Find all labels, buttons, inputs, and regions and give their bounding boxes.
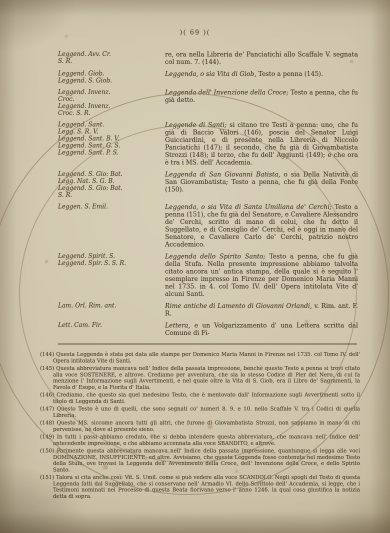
entry-title: Leggenda, o sia Vita di Santa Umiliana d… (165, 203, 332, 211)
footnote: (147) Questo Testo è uno di quelli, che … (40, 406, 360, 419)
entry-row: Leggend. Giob. Leggend. S. Giob. Leggend… (58, 70, 358, 84)
entry-row: Leggen. S. Emil. Leggenda, o sia Vita di… (58, 203, 358, 248)
footnote-divider (58, 344, 357, 345)
entry-abbreviation: Leggend. S. Gio: Bat. Legg. Nat. S. G. B… (58, 171, 153, 199)
entry-text: Lettera, e un Volgarizzamento d' una Let… (165, 322, 358, 337)
entry-text: Leggenda, o sia Vita di Santa Umiliana d… (165, 203, 358, 248)
entry-body: Testo a penna (151), che fu già del Sena… (165, 203, 358, 248)
footnote: (144) Questa Leggenda è stata poi data a… (40, 352, 360, 365)
entry-abbreviation: Leggend. Spirit. S. Leggend. Spir. S. S.… (58, 253, 153, 298)
entry-text: Leggenda dello Spirito Santo; Testo a pe… (165, 253, 358, 298)
entry-row: Leggend. Avv. Cr. S. R. re, ora nella Li… (58, 51, 358, 66)
entry-body: e un Volgarizzamento d' una Lettera scri… (165, 322, 358, 337)
entry-title: Leggenda dello Spirito Santo; (165, 253, 265, 261)
scan-scale-wrapper: )( 69 )( Leggend. Avv. Cr. S. R. re, ora… (0, 0, 390, 533)
footnote: (146) Crediamo, che questo sia quel mede… (40, 392, 360, 405)
entry-title: Leggenda di San Giovanni Batista, (165, 171, 280, 179)
entry-title: Leggende di Santi; (165, 121, 227, 129)
entry-body: re, ora nella Libreria de' Panciatichi a… (165, 51, 358, 66)
entry-abbreviation: Lett. Cam. Fir. (58, 322, 153, 337)
entry-row: Leggend. Spirit. S. Leggend. Spir. S. S.… (58, 253, 358, 298)
entry-abbreviation: Leggend. Giob. Leggend. S. Giob. (58, 70, 153, 84)
entry-body: si citano tre Testi a penna: uno, che fu… (165, 121, 358, 166)
book-page: )( 69 )( Leggend. Avv. Cr. S. R. re, ora… (0, 0, 390, 533)
entry-body: Testo a penna, che fu già della Stufa. N… (165, 253, 358, 298)
entry-text: Leggenda dell' Invenzione della Croce; T… (165, 89, 358, 117)
entry-row: Leggend. Invenz. Croc. Leggend. Invenz. … (58, 89, 358, 117)
footnote-text: Questa abbreviatura mancava nell' Indice… (53, 366, 360, 391)
footnote-text: Talora si cita anche così: Vit. S. Umil.… (53, 475, 360, 500)
entry-text: Leggenda, o sia Vita di Giob, Testo a pe… (165, 70, 358, 84)
footnote-text: Questo Testo è uno di quelli, che sono s… (53, 406, 360, 418)
entry-text: re, ora nella Libreria de' Panciatichi a… (165, 51, 358, 66)
entry-title: Leggenda, o sia Vita di Giob, (165, 70, 256, 78)
entry-row: Lett. Cam. Fir. Lettera, e un Volgarizza… (58, 322, 358, 337)
footnote: (150) Parimente questa abbreviatura manc… (40, 448, 360, 473)
footnote-number: (147) (40, 406, 54, 412)
entry-row: Lam. Orl. Rim. ant. Rime antiche di Lame… (58, 302, 358, 317)
entry-title: Lettera, (165, 322, 190, 330)
entry-text: Rime antiche di Lamento di Giovanni Orla… (165, 302, 358, 317)
footnote-number: (151) (40, 475, 54, 481)
footnote: (151) Talora si cita anche così: Vit. S.… (40, 475, 360, 500)
entry-row: Leggend. S. Gio: Bat. Legg. Nat. S. G. B… (58, 171, 358, 199)
entry-title: Leggenda dell' Invenzione della Croce; (165, 89, 288, 97)
footnote-number: (150) (40, 448, 54, 454)
entries-list: Leggend. Avv. Cr. S. R. re, ora nella Li… (0, 51, 390, 337)
footnote-text: Crediamo, che questo sia quel medesimo T… (53, 392, 360, 404)
footnote-number: (146) (40, 392, 54, 398)
entry-abbreviation: Lam. Orl. Rim. ant. (58, 302, 153, 317)
footnotes-list: (144) Questa Leggenda è stata poi data a… (0, 352, 390, 500)
entry-abbreviation: Leggen. S. Emil. (58, 203, 153, 248)
entry-body: Testo a penna (145). (256, 70, 323, 78)
footnote: (149) In tutti i passi abbiamo creduto, … (40, 434, 360, 447)
entry-text: Leggende di Santi; si citano tre Testi a… (165, 121, 358, 166)
entry-abbreviation: Leggend. Avv. Cr. S. R. (58, 51, 153, 66)
footnote: (145) Questa abbreviatura mancava nell' … (40, 366, 360, 391)
entry-title: Rime antiche di Lamento di Giovanni Orla… (165, 302, 312, 310)
footnote-number: (149) (40, 434, 54, 440)
footnote-number: (148) (40, 420, 54, 426)
entry-abbreviation: Leggend. Sant. Legg. S. R. V. Leggend. S… (58, 121, 153, 166)
page-number: )( 69 )( (0, 29, 390, 37)
footnote: (148) Questo MS. siccome ancora tutti gl… (40, 420, 360, 433)
footnote-number: (144) (40, 352, 54, 358)
entry-abbreviation: Leggend. Invenz. Croc. Leggend. Invenz. … (58, 89, 153, 117)
entry-row: Leggend. Sant. Legg. S. R. V. Leggend. S… (58, 121, 358, 166)
footnote-text: In tutti i passi abbiamo creduto, che si… (53, 434, 360, 446)
footnote-text: Questo MS. siccome ancora tutti gli altr… (53, 420, 360, 432)
footnote-text: Parimente questa abbreviatura mancava ne… (53, 448, 360, 473)
entry-text: Leggenda di San Giovanni Batista, o sia … (165, 171, 358, 199)
footnote-number: (145) (40, 366, 54, 372)
footnote-text: Questa Leggenda è stata poi data alle st… (53, 352, 360, 364)
